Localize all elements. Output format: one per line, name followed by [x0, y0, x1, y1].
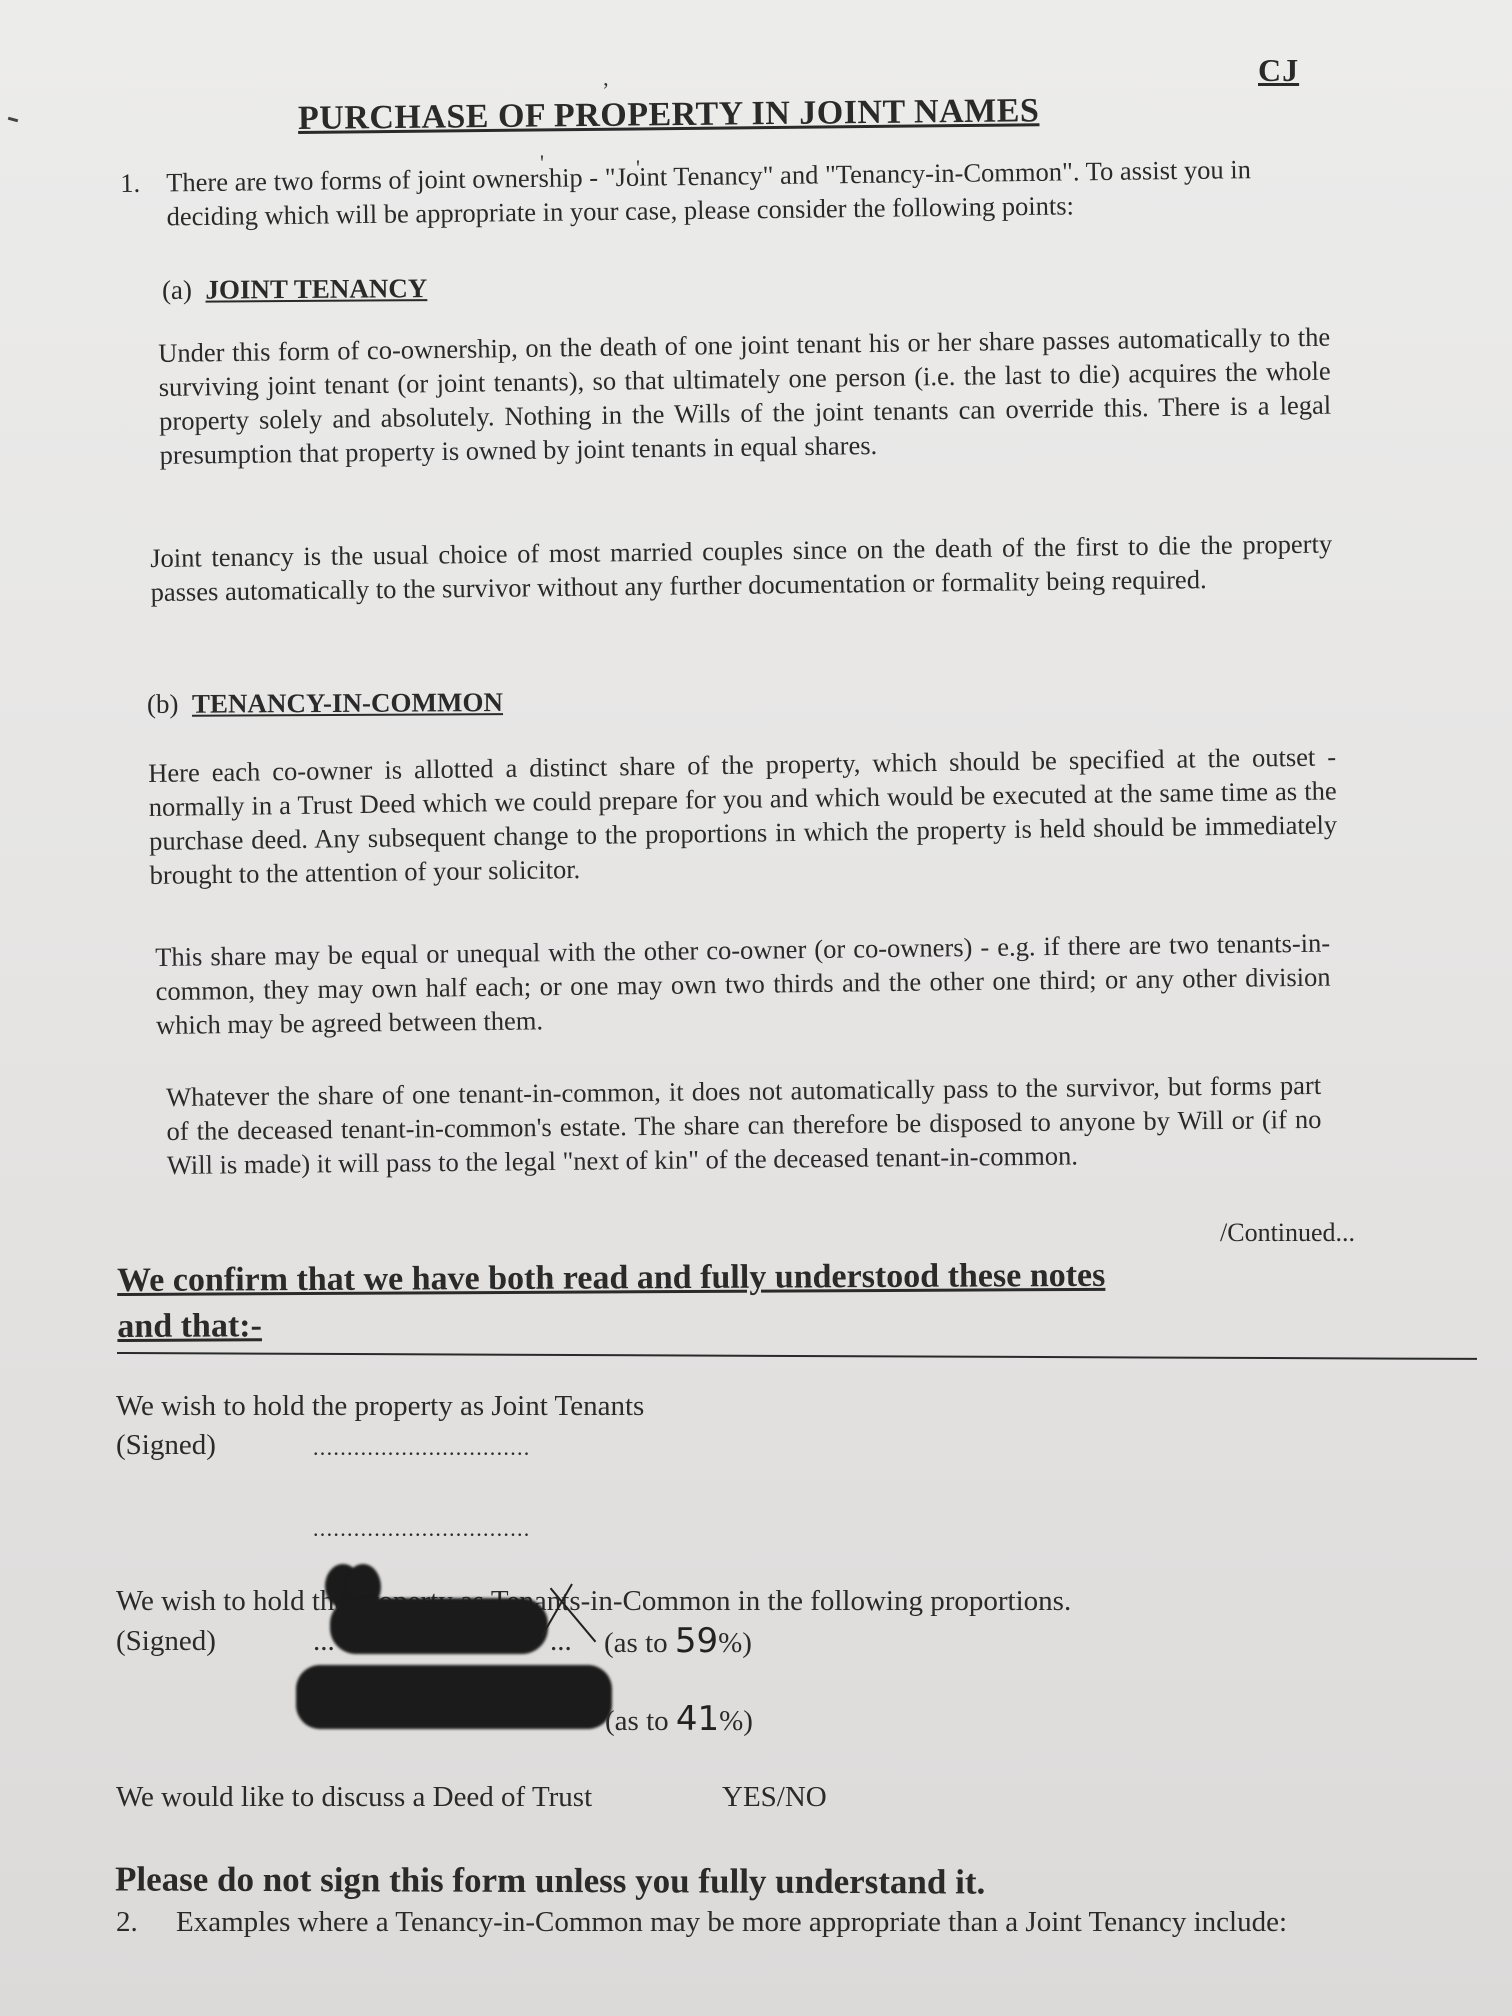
warning-note: Please do not sign this form unless you … [115, 1859, 985, 1902]
section-intro: There are two forms of joint ownership -… [166, 151, 1317, 233]
joint-tenancy-heading: (a) JOINT TENANCY [162, 273, 427, 306]
share-2: (as to 41%) [605, 1700, 753, 1740]
section-number: 2. [116, 1905, 176, 1939]
share-prefix: (as to [605, 1705, 676, 1737]
signature-field-1[interactable]: ................................ [313, 1435, 531, 1461]
heading-text: TENANCY-IN-COMMON [192, 687, 503, 719]
redacted-signature-1[interactable] [330, 1598, 548, 1654]
share-suffix: %) [718, 1627, 752, 1659]
section-1: 1.There are two forms of joint ownership… [120, 151, 1321, 234]
share-1-value[interactable]: 59 [675, 1621, 718, 1661]
signature-field-2[interactable]: ................................ [313, 1516, 531, 1542]
redacted-signature-2[interactable] [296, 1665, 612, 1729]
section-number: 1. [120, 165, 166, 200]
tenants-in-common-statement: We wish to hold the property as Tenants-… [116, 1582, 1071, 1620]
paragraph: Here each co-owner is allotted a distinc… [148, 739, 1338, 892]
deed-options[interactable]: YES/NO [722, 1778, 827, 1816]
deed-question: We would like to discuss a Deed of Trust [116, 1778, 592, 1816]
signed-label: (Signed) [116, 1426, 216, 1464]
heading-label: (a) [162, 275, 192, 305]
heading-label: (b) [147, 689, 179, 719]
confirm-line-2: and that:- [117, 1307, 262, 1345]
paragraph: Joint tenancy is the usual choice of mos… [150, 527, 1333, 609]
edge-mark [8, 117, 18, 122]
corner-mark: CJ [1258, 52, 1299, 89]
section-text: Examples where a Tenancy-in-Common may b… [176, 1905, 1376, 1939]
confirmation-heading: We confirm that we have both read and fu… [117, 1253, 1106, 1350]
share-suffix: %) [719, 1705, 753, 1737]
confirm-line-1: We confirm that we have both read and fu… [117, 1257, 1105, 1299]
continued-note: /Continued... [1220, 1218, 1355, 1248]
section-2: 2.Examples where a Tenancy-in-Common may… [116, 1905, 1376, 1939]
signature-suffix: ... [550, 1622, 572, 1660]
page-title: PURCHASE OF PROPERTY IN JOINT NAMES [298, 92, 1040, 138]
document-page: CJ ʼ PURCHASE OF PROPERTY IN JOINT NAMES… [0, 0, 1512, 2016]
paragraph: Whatever the share of one tenant-in-comm… [166, 1068, 1322, 1182]
share-prefix: (as to [604, 1627, 675, 1659]
paragraph: Under this form of co-ownership, on the … [158, 320, 1332, 472]
signed-label: (Signed) [116, 1622, 216, 1660]
share-2-value[interactable]: 41 [676, 1699, 719, 1739]
joint-tenants-statement: We wish to hold the property as Joint Te… [116, 1387, 644, 1425]
paragraph: This share may be equal or unequal with … [155, 926, 1331, 1042]
heading-text: JOINT TENANCY [205, 273, 427, 305]
tenancy-in-common-heading: (b) TENANCY-IN-COMMON [147, 687, 503, 720]
divider [117, 1352, 1477, 1360]
share-1: (as to 59%) [604, 1622, 752, 1662]
